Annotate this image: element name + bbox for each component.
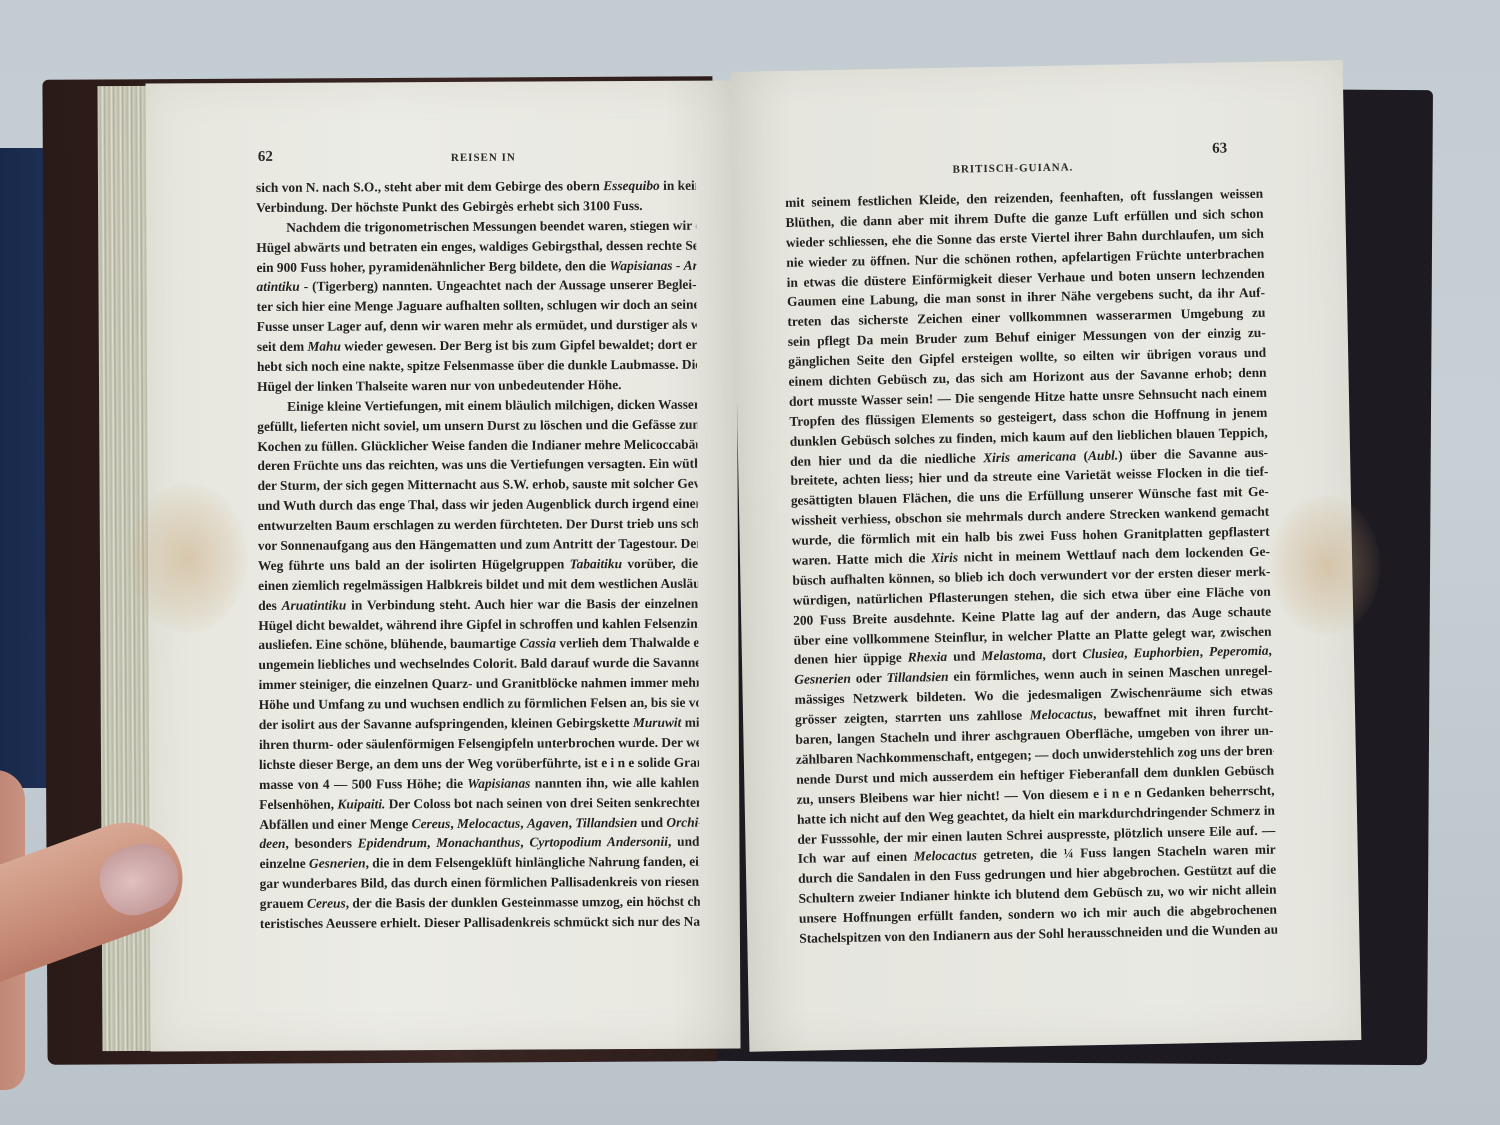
text-line: sich von N. nach S.O., steht aber mit de… (256, 176, 696, 198)
text-line: teristisches Aeussere erhielt. Dieser Pa… (260, 912, 700, 934)
text-line: Fusse unser Lager auf, denn wir waren me… (257, 315, 697, 337)
text-line: immer steiniger, die einzelnen Quarz- un… (259, 673, 699, 695)
text-line: hebt sich noch eine nakte, spitze Felsen… (257, 355, 697, 377)
text-line: ungemein liebliches und wechselndes Colo… (258, 653, 698, 675)
text-line: ein 900 Fuss hoher, pyramidenähnlicher B… (256, 255, 696, 277)
running-head: REISEN IN (451, 152, 516, 164)
text-line: vor Sonnenaufgang aus den Hängematten un… (258, 534, 698, 556)
text-line: einzelne Gesnerien, die in dem Felsengek… (260, 852, 700, 874)
text-line: seit dem Mahu wieder gewesen. Der Berg i… (257, 335, 697, 357)
foxing-stain (128, 483, 249, 634)
text-line: gar wunderbares Bild, das durch einen fö… (260, 872, 700, 894)
page-number: 62 (258, 149, 273, 166)
text-line: Kochen zu füllen. Glücklicher Weise fand… (257, 434, 697, 456)
text-line: atintiku - (Tigerberg) nannten. Ungeacht… (256, 275, 696, 297)
text-line: der isolirt aus der Savanne aufspringend… (259, 713, 699, 735)
running-head: BRITISCH-GUIANA. (952, 161, 1073, 175)
text-line: Hügel der linken Thalseite waren nur von… (257, 375, 697, 397)
text-line: ter sich hier eine Menge Jaguare aufhalt… (257, 295, 697, 317)
text-line: Nachdem die trigonometrischen Messungen … (256, 215, 696, 237)
text-line: des Aruatintiku in Verbindung steht. Auc… (258, 593, 698, 615)
text-line: Hügel abwärts und betraten ein enges, wa… (256, 235, 696, 257)
text-line: ausliefen. Eine schöne, blühende, baumar… (258, 633, 698, 655)
text-line: einen ziemlich regelmässigen Halbkreis b… (258, 573, 698, 595)
text-line: und Wuth durch das enge Thal, dass wir j… (258, 494, 698, 516)
right-page: 63 BRITISCH-GUIANA. mit seinem festliche… (731, 60, 1362, 1052)
text-line: masse von 4 — 500 Fuss Höhe; die Wapisia… (259, 772, 699, 794)
text-line: Verbindung. Der höchste Punkt des Gebirg… (256, 196, 696, 218)
text-line: gefüllt, lieferten nicht soviel, um unse… (257, 414, 697, 436)
text-line: ihren thurm- oder säulenförmigen Felseng… (259, 733, 699, 755)
body-text: mit seinem festlichen Kleide, den reizen… (785, 184, 1277, 949)
text-line: Einige kleine Vertiefungen, mit einem bl… (257, 394, 697, 416)
text-line: Abfällen und einer Menge Cereus, Melocac… (259, 812, 699, 834)
text-line: entwurzelten Baum erschlagen zu werden f… (258, 514, 698, 536)
left-page: 62 REISEN IN sich von N. nach S.O., steh… (145, 80, 740, 1051)
text-line: der Sturm, der sich gegen Mitternacht au… (258, 474, 698, 496)
text-line: deen, besonders Epidendrum, Monachanthus… (259, 832, 699, 854)
text-line: grauem Cereus, der die Basis der dunklen… (260, 892, 700, 914)
page-number: 63 (1212, 140, 1227, 157)
text-line: Felsenhöhen, Kuipaiti. Der Coloss bot na… (259, 792, 699, 814)
text-line: Hügel dicht bewaldet, während ihre Gipfe… (258, 613, 698, 635)
text-line: Weg führte uns bald an der isolirten Hüg… (258, 554, 698, 576)
text-line: lichste dieser Berge, an dem uns der Weg… (259, 752, 699, 774)
text-line: Höhe und Umfang zu und wuchsen endlich z… (259, 693, 699, 715)
body-text: sich von N. nach S.O., steht aber mit de… (256, 176, 700, 934)
text-line: deren Früchte uns das reichten, was uns … (257, 454, 697, 476)
